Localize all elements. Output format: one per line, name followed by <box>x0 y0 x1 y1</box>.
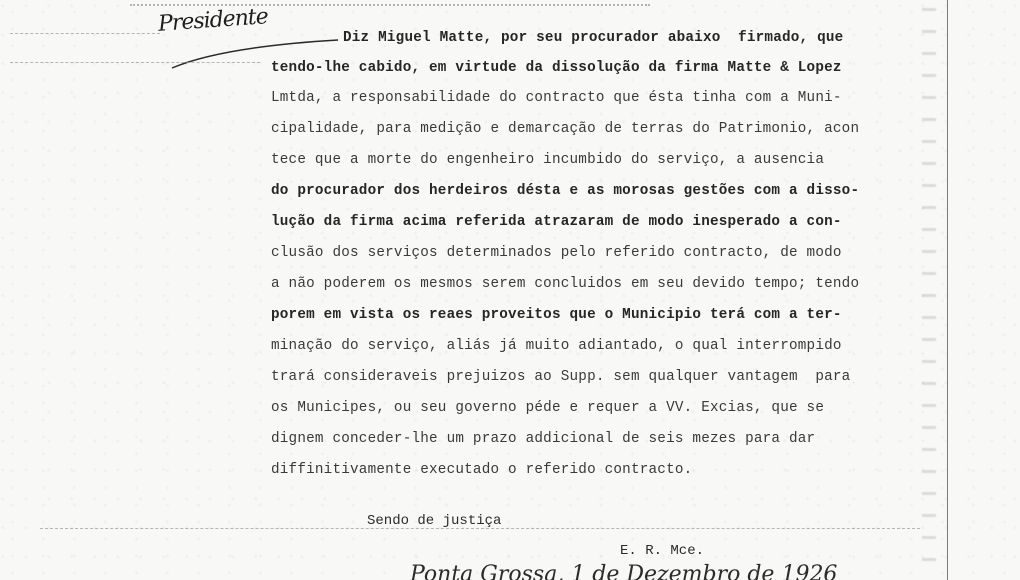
text-line: minação do serviço, aliás já muito adian… <box>271 338 842 354</box>
text-line: diffinitivamente executado o referido co… <box>271 462 692 478</box>
text-line: clusão dos serviços determinados pelo re… <box>271 245 842 261</box>
dotted-guide-line <box>10 33 160 34</box>
text-line: Diz Miguel Matte, por seu procurador aba… <box>343 30 843 46</box>
text-line: trará consideraveis prejuizos ao Supp. s… <box>271 369 850 385</box>
text-line: porem em vista os reaes proveitos que o … <box>271 307 842 323</box>
text-line: dignem conceder-lhe um prazo addicional … <box>271 431 815 447</box>
closing-phrase: Sendo de justiça <box>367 513 501 529</box>
cut-off-top-line <box>130 0 650 6</box>
text-line: lução da firma acima referida atrazaram … <box>271 214 842 230</box>
handwritten-date: Ponta Grossa, 1 de Dezembro de 1926 <box>410 562 837 580</box>
document-page: Presidente Diz Miguel Matte, por seu pro… <box>0 0 1020 580</box>
text-line: a não poderem os mesmos serem concluidos… <box>271 276 859 292</box>
dotted-guide-line <box>10 62 260 63</box>
text-line: tece que a morte do engenheiro incumbido… <box>271 152 824 168</box>
margin-smudge <box>922 0 936 580</box>
text-line: tendo-lhe cabido, em virtude da dissoluç… <box>271 60 842 76</box>
margin-rule <box>947 0 948 580</box>
text-line: do procurador dos herdeiros désta e as m… <box>271 183 859 199</box>
text-line: os Municipes, ou seu governo péde e requ… <box>271 400 824 416</box>
closing-formula: E. R. Mce. <box>620 543 704 559</box>
text-line: cipalidade, para medição e demarcação de… <box>271 121 859 137</box>
text-line: Lmtda, a responsabilidade do contracto q… <box>271 90 842 106</box>
